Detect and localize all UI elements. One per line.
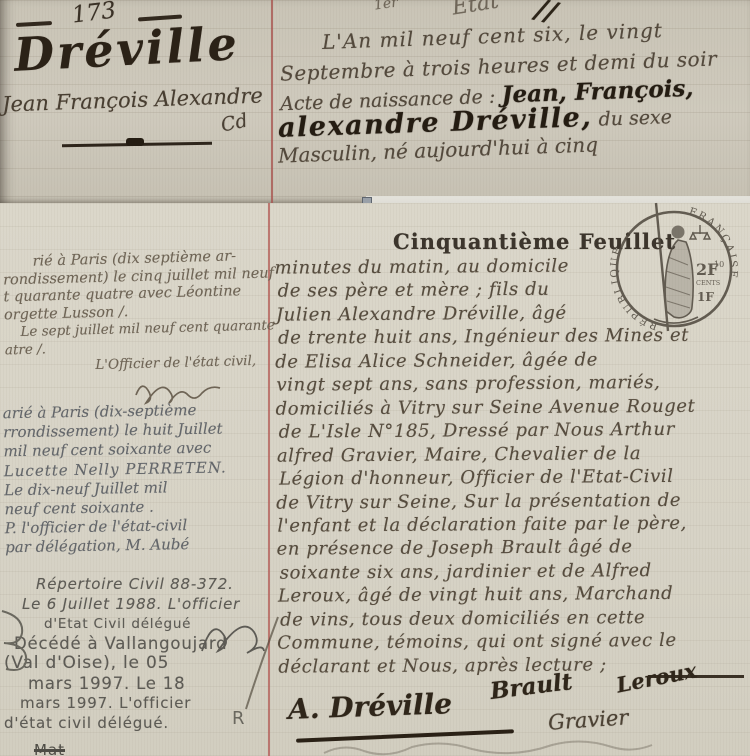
left-edge-doodle (0, 607, 28, 671)
act-body-line: Julien Alexandre Dréville, âgé (276, 300, 747, 327)
margin-given-names: Jean François Alexandre (2, 83, 264, 116)
margin-note-1944: rié à Paris (dix septième ar-rondissemen… (2, 248, 267, 377)
clerk-mark: Cd (219, 109, 250, 136)
act-line-1: L'An mil neuf cent six, le vingt (322, 18, 664, 54)
margin-note-line: Répertoire Civil 88-372. (36, 575, 266, 595)
act-body-line: Commune, témoins, qui ont signé avec le (277, 629, 749, 656)
signature-flourish-stroke (242, 615, 282, 711)
act-body-column: minutes du matin, au domicilede ses père… (275, 253, 750, 678)
act-body-line: Leroux, âgé de vingt huit ans, Marchand (278, 582, 749, 609)
ink-blob (126, 138, 144, 146)
margin-note-1960: arié à Paris (dix-septièmerrondissement)… (3, 400, 268, 558)
act-body-line: en présence de Joseph Brault âgé de (276, 535, 748, 562)
act-body-line: l'enfant et la déclaration faite par le … (277, 511, 748, 538)
header-fragment-exponent: 1er (373, 0, 399, 14)
stray-letter: R (232, 708, 245, 729)
act-body-line: de L'Isle N°185, Dressé par Nous Arthur (279, 418, 748, 445)
act-body-line: de Vitry sur Seine, Sur la présentation … (276, 488, 748, 515)
signature-underline (296, 729, 514, 742)
act-body-line: domiciliés à Vitry sur Seine Avenue Roug… (276, 394, 748, 421)
act-body-line: vingt sept ans, sans profession, mariés, (276, 371, 747, 398)
act-body-line: Légion d'honneur, Officier de l'Etat-Civ… (279, 464, 748, 491)
stamp-figure-head (672, 226, 685, 239)
scanned-civil-register-screenshot: 173 Dréville Jean François Alexandre Cd … (0, 0, 750, 756)
register-page-top: 173 Dréville Jean François Alexandre Cd … (0, 0, 750, 203)
act-body-line: de ses père et mère ; fils du (278, 277, 747, 304)
register-page-feuillet: Cinquantième Feuillet RÉPUBLIQUE FRANÇAI… (0, 203, 750, 756)
act-body-line: de Elisa Alice Schneider, âgée de (275, 347, 747, 374)
margin-surname: Dréville (13, 16, 241, 82)
partial-bottom-line (320, 743, 660, 756)
act-line-4-rest: du sexe (598, 106, 672, 131)
struck-out-text: Mat (34, 741, 65, 756)
header-fragment-word: Etat (450, 0, 500, 21)
margin-note-line: par délégation, M. Aubé (5, 534, 267, 558)
margin-note-line: mars 1997. Le 18 (28, 674, 266, 694)
signature-declarant: A. Dréville (287, 687, 452, 726)
red-margin-rule-top (271, 0, 273, 203)
act-body-line: alfred Gravier, Maire, Chevalier de la (277, 441, 748, 468)
margin-note-line: mars 1997. L'officier (20, 694, 266, 714)
margin-note-line: d'état civil délégué. (4, 714, 266, 734)
act-body-line: soixante six ans, jardinier et de Alfred (280, 558, 749, 585)
act-body-line: minutes du matin, au domicile (275, 253, 747, 280)
signature-officer-gravier: Gravier (547, 705, 629, 735)
act-body-line: de vins, tous deux domiciliés en cette (280, 605, 749, 632)
stamp-scales-icon (690, 225, 710, 239)
act-body-line: de trente huit ans, Ingénieur des Mines … (278, 324, 747, 351)
